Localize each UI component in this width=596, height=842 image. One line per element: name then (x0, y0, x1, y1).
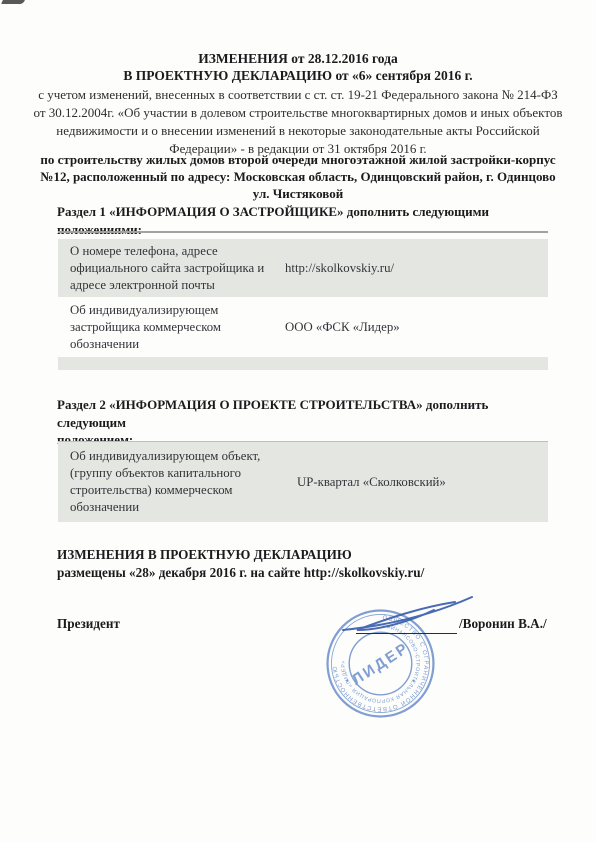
object-paragraph: по строительству жилых домов второй очер… (38, 151, 558, 202)
table-row: О номере телефона, адресе официального с… (58, 239, 548, 297)
table-cell-value: UP-квартал «Сколковский» (285, 474, 548, 491)
table-cell-label: Об индивидуализирующем застройщика комме… (58, 302, 285, 353)
title-subtitle: с учетом изменений, внесенных в соответс… (28, 86, 568, 158)
table-cell-label: О номере телефона, адресе официального с… (58, 243, 285, 294)
footer-block: ИЗМЕНЕНИЯ В ПРОЕКТНУЮ ДЕКЛАРАЦИЮ размеще… (57, 546, 537, 582)
section2-table: Об индивидуализирующем объект, (группу о… (58, 441, 548, 522)
table-row: Об индивидуализирующем застройщика комме… (58, 297, 548, 357)
document-page: ИЗМЕНЕНИЯ от 28.12.2016 года В ПРОЕКТНУЮ… (0, 0, 596, 842)
section1-table: О номере телефона, адресе официального с… (58, 231, 548, 370)
footer-line-1: ИЗМЕНЕНИЯ В ПРОЕКТНУЮ ДЕКЛАРАЦИЮ (57, 546, 537, 564)
table-cell-value: ООО «ФСК «Лидер» (285, 319, 548, 336)
table-cell-value: http://skolkovskiy.ru/ (285, 260, 548, 277)
stamp-center-text: ЛИДЕР (349, 639, 413, 689)
table-cell-label: Об индивидуализирующем объект, (группу о… (58, 448, 285, 516)
table-row-empty (58, 357, 548, 370)
scan-artifact (1, 0, 25, 4)
signature-scribble (337, 589, 477, 637)
title-line-2: В ПРОЕКТНУЮ ДЕКЛАРАЦИЮ от «6» сентября 2… (28, 67, 568, 84)
document-header: ИЗМЕНЕНИЯ от 28.12.2016 года В ПРОЕКТНУЮ… (28, 50, 568, 158)
title-line-1: ИЗМЕНЕНИЯ от 28.12.2016 года (28, 50, 568, 67)
footer-line-2: размещены «28» декабря 2016 г. на сайте … (57, 564, 537, 582)
table-row: Об индивидуализирующем объект, (группу о… (58, 442, 548, 522)
signature-role: Президент (57, 616, 120, 632)
